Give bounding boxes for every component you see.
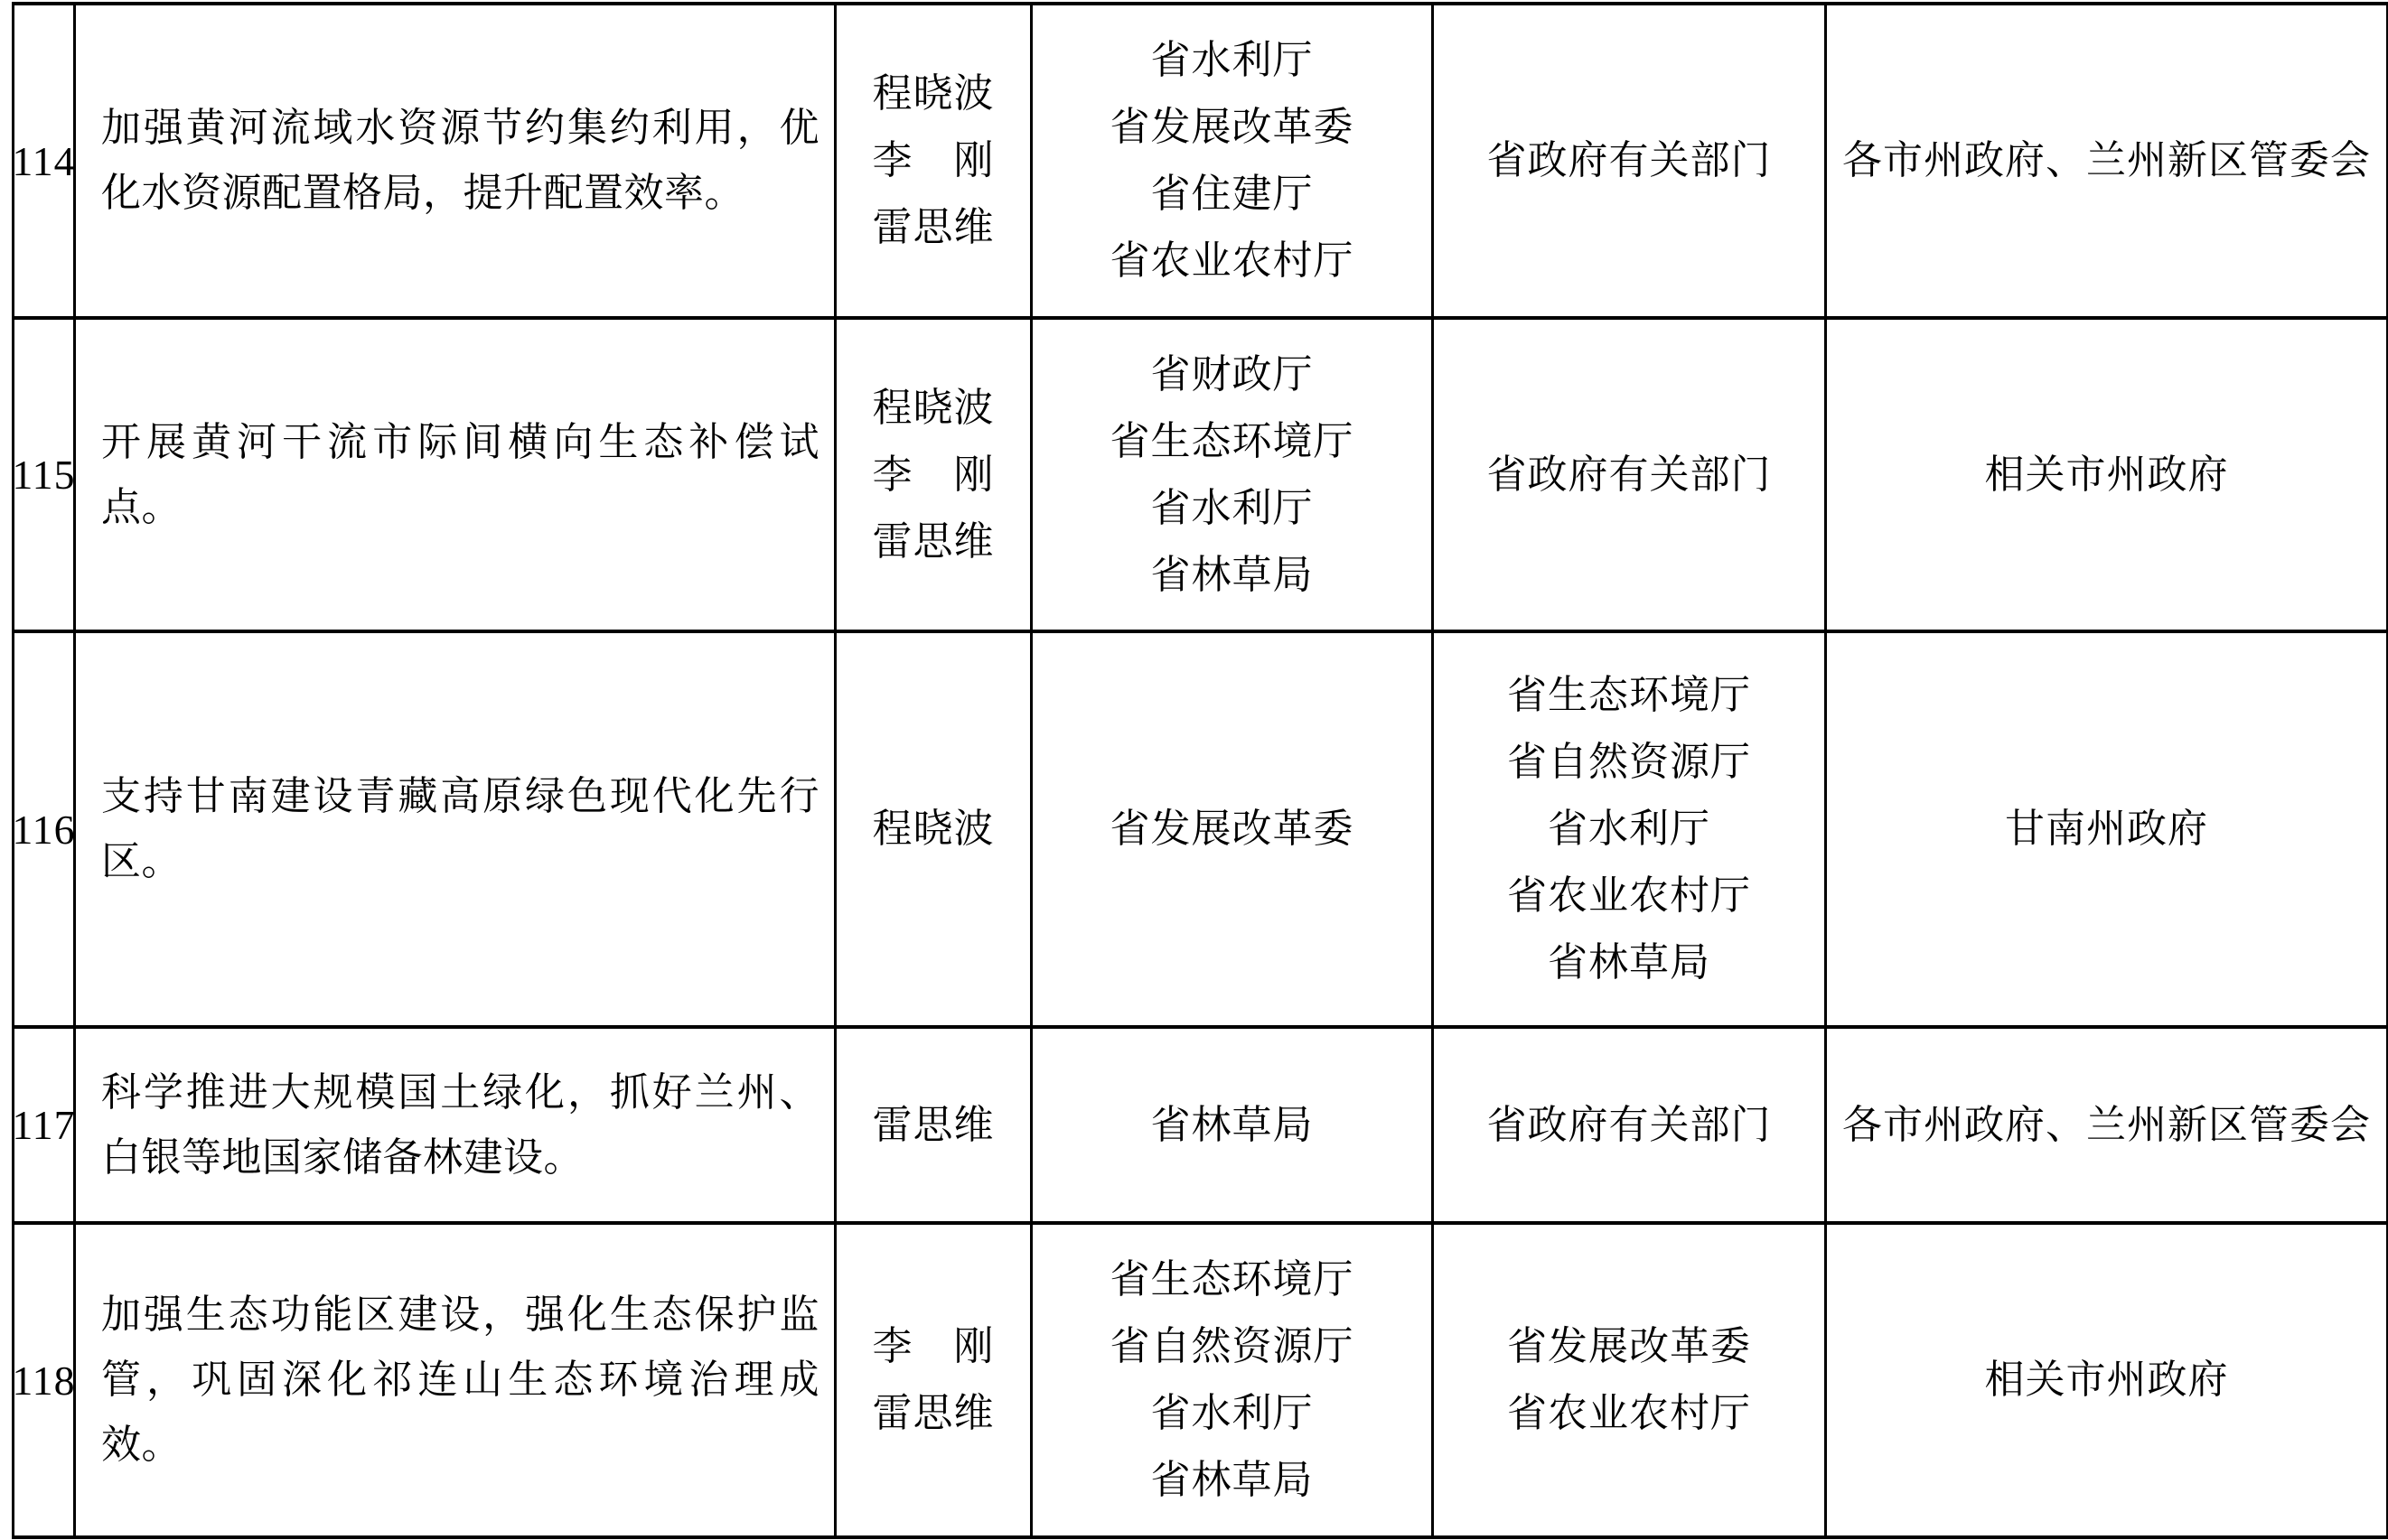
leader-name: 雷思维: [873, 194, 995, 261]
unit-name: 相关市州政府: [1985, 1347, 2229, 1414]
row-index: 116: [14, 806, 76, 854]
row-index-cell: 116: [14, 633, 76, 1029]
coop-depts-cell: 省政府有关部门: [1434, 5, 1827, 320]
lead-depts-cell: 省生态环境厅 省自然资源厅 省水利厅 省林草局: [1033, 1225, 1434, 1539]
leaders-cell: 程晓波 李 刚 雷思维: [837, 320, 1033, 633]
dept-name: 省生态环境厅: [1110, 408, 1354, 475]
coop-depts-cell: 省发展改革委 省农业农村厅: [1434, 1225, 1827, 1539]
dept-name: 省发展改革委: [1110, 94, 1354, 161]
leaders-cell: 李 刚 雷思维: [837, 1225, 1033, 1539]
impl-units-cell: 各市州政府、兰州新区管委会: [1827, 5, 2388, 320]
dept-name: 省林草局: [1151, 542, 1314, 609]
table-grid: 114 加强黄河流域水资源节约集约利用，优化水资源配置格局，提升配置效率。 程晓…: [12, 2, 2388, 1539]
dept-name: 省农业农村厅: [1110, 228, 1354, 294]
task-text: 科学推进大规模国土绿化，抓好兰州、白银等地国家储备林建设。: [76, 1060, 834, 1190]
task-text: 开展黄河干流市际间横向生态补偿试点。: [76, 410, 834, 540]
task-text: 加强生态功能区建设，强化生态保护监管，巩固深化祁连山生态环境治理成效。: [76, 1283, 834, 1478]
lead-depts-cell: 省财政厅 省生态环境厅 省水利厅 省林草局: [1033, 320, 1434, 633]
lead-depts-cell: 省林草局: [1033, 1029, 1434, 1225]
impl-units-cell: 甘南州政府: [1827, 633, 2388, 1029]
dept-name: 省水利厅: [1151, 475, 1314, 542]
dept-name: 省生态环境厅: [1110, 1246, 1354, 1313]
unit-name: 甘南州政府: [2005, 796, 2208, 863]
impl-units-cell: 相关市州政府: [1827, 1225, 2388, 1539]
dept-name: 省政府有关部门: [1487, 1092, 1772, 1159]
row-index-cell: 117: [14, 1029, 76, 1225]
impl-units-cell: 各市州政府、兰州新区管委会: [1827, 1029, 2388, 1225]
dept-name: 省发展改革委: [1110, 796, 1354, 863]
row-index-cell: 114: [14, 5, 76, 320]
dept-name: 省自然资源厅: [1507, 729, 1751, 796]
unit-name: 各市州政府、兰州新区管委会: [1842, 1092, 2371, 1159]
dept-name: 省政府有关部门: [1487, 127, 1772, 194]
dept-name: 省自然资源厅: [1110, 1313, 1354, 1380]
coop-depts-cell: 省生态环境厅 省自然资源厅 省水利厅 省农业农村厅 省林草局: [1434, 633, 1827, 1029]
task-text: 支持甘南建设青藏高原绿色现代化先行区。: [76, 764, 834, 894]
row-index-cell: 115: [14, 320, 76, 633]
task-cell: 科学推进大规模国土绿化，抓好兰州、白银等地国家储备林建设。: [76, 1029, 837, 1225]
leader-name: 李 刚: [873, 1313, 995, 1380]
row-index-cell: 118: [14, 1225, 76, 1539]
lead-depts-cell: 省发展改革委: [1033, 633, 1434, 1029]
row-index: 117: [14, 1101, 76, 1149]
dept-name: 省林草局: [1548, 929, 1710, 996]
dept-name: 省林草局: [1151, 1447, 1314, 1514]
task-cell: 加强生态功能区建设，强化生态保护监管，巩固深化祁连山生态环境治理成效。: [76, 1225, 837, 1539]
row-index: 115: [14, 451, 76, 499]
row-index: 118: [14, 1357, 76, 1405]
unit-name: 相关市州政府: [1985, 442, 2229, 509]
impl-units-cell: 相关市州政府: [1827, 320, 2388, 633]
leader-name: 程晓波: [873, 796, 995, 863]
leader-name: 雷思维: [873, 1092, 995, 1159]
coop-depts-cell: 省政府有关部门: [1434, 1029, 1827, 1225]
task-cell: 开展黄河干流市际间横向生态补偿试点。: [76, 320, 837, 633]
leader-name: 李 刚: [873, 442, 995, 509]
task-text: 加强黄河流域水资源节约集约利用，优化水资源配置格局，提升配置效率。: [76, 96, 834, 226]
dept-name: 省农业农村厅: [1507, 1380, 1751, 1447]
task-assignment-table: 114 加强黄河流域水资源节约集约利用，优化水资源配置格局，提升配置效率。 程晓…: [12, 2, 2388, 1539]
leader-name: 李 刚: [873, 127, 995, 194]
dept-name: 省住建厅: [1151, 161, 1314, 228]
dept-name: 省生态环境厅: [1507, 662, 1751, 729]
leaders-cell: 雷思维: [837, 1029, 1033, 1225]
leader-name: 程晓波: [873, 61, 995, 127]
task-cell: 支持甘南建设青藏高原绿色现代化先行区。: [76, 633, 837, 1029]
leader-name: 程晓波: [873, 375, 995, 442]
leader-name: 雷思维: [873, 509, 995, 575]
dept-name: 省财政厅: [1151, 341, 1314, 408]
leader-name: 雷思维: [873, 1380, 995, 1447]
coop-depts-cell: 省政府有关部门: [1434, 320, 1827, 633]
dept-name: 省水利厅: [1151, 27, 1314, 94]
leaders-cell: 程晓波: [837, 633, 1033, 1029]
unit-name: 各市州政府、兰州新区管委会: [1842, 127, 2371, 194]
dept-name: 省发展改革委: [1507, 1313, 1751, 1380]
leaders-cell: 程晓波 李 刚 雷思维: [837, 5, 1033, 320]
dept-name: 省水利厅: [1151, 1380, 1314, 1447]
row-index: 114: [14, 137, 76, 185]
lead-depts-cell: 省水利厅 省发展改革委 省住建厅 省农业农村厅: [1033, 5, 1434, 320]
dept-name: 省政府有关部门: [1487, 442, 1772, 509]
task-cell: 加强黄河流域水资源节约集约利用，优化水资源配置格局，提升配置效率。: [76, 5, 837, 320]
dept-name: 省林草局: [1151, 1092, 1314, 1159]
dept-name: 省农业农村厅: [1507, 863, 1751, 929]
dept-name: 省水利厅: [1548, 796, 1710, 863]
